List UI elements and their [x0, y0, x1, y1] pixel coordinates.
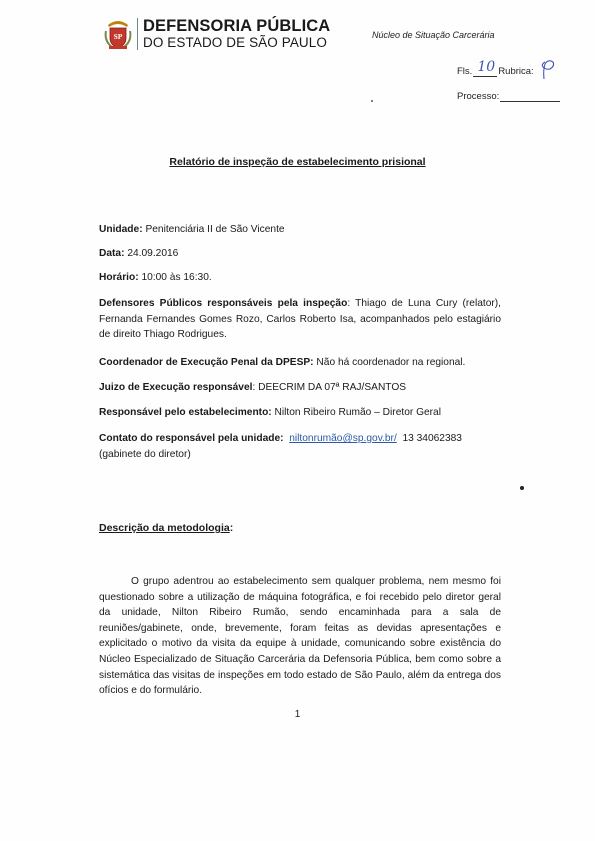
field-value: : DEECRIM DA 07ª RAJ/SANTOS — [252, 382, 406, 393]
svg-text:SP: SP — [114, 32, 123, 41]
page-number: 1 — [0, 709, 595, 720]
field-label: Coordenador de Execução Penal da DPESP: — [99, 357, 314, 368]
section-heading-colon: : — [230, 522, 234, 534]
field-data: Data: 24.09.2016 — [99, 246, 501, 262]
field-label: Horário: — [99, 272, 139, 283]
field-label: Contato do responsável pela unidade: — [99, 433, 284, 444]
phone-number: 13 34062383 — [402, 433, 462, 444]
rubrica-label: Rubrica: — [498, 66, 533, 77]
fls-handwritten-value: 10 — [477, 59, 495, 75]
field-coordenador: Coordenador de Execução Penal da DPESP: … — [99, 355, 501, 371]
org-name-line1: DEFENSORIA PÚBLICA — [143, 18, 330, 35]
rubrica-signature-icon — [536, 66, 558, 77]
field-label: Unidade: — [99, 224, 143, 235]
methodology-paragraph: O grupo adentrou ao estabelecimento sem … — [99, 574, 501, 699]
field-label: Data: — [99, 248, 124, 259]
section-heading: Descrição da metodologia: — [99, 522, 233, 534]
processo-label: Processo: — [457, 91, 499, 102]
field-value: Nilton Ribeiro Rumão – Diretor Geral — [275, 407, 441, 418]
field-contato: Contato do responsável pela unidade: nil… — [99, 431, 501, 462]
field-defensores: Defensores Públicos responsáveis pela in… — [99, 296, 501, 343]
fls-field: 10 — [473, 65, 497, 77]
field-juizo: Juizo de Execução responsável: DEECRIM D… — [99, 380, 501, 396]
org-name-line2: DO ESTADO DE SÃO PAULO — [143, 36, 330, 50]
folio-stamp: Fls. 10 Rubrica: — [457, 65, 558, 77]
contact-note: (gabinete do diretor) — [99, 449, 191, 460]
field-responsavel: Responsável pelo estabelecimento: Nilton… — [99, 405, 501, 421]
processo-field — [500, 91, 560, 102]
email-link[interactable]: niltonrumão@sp.gov.br/ — [289, 433, 397, 444]
field-label: Juizo de Execução responsável — [99, 382, 252, 393]
document-page: SP DEFENSORIA PÚBLICA DO ESTADO DE SÃO P… — [0, 0, 595, 841]
scan-speck — [371, 100, 373, 102]
field-horario: Horário: 10:00 às 16:30. — [99, 270, 501, 286]
processo-stamp: Processo: — [457, 91, 560, 102]
fls-label: Fls. — [457, 66, 472, 77]
field-value: 10:00 às 16:30. — [141, 272, 211, 283]
field-value: Penitenciária II de São Vicente — [145, 224, 284, 235]
field-value: Não há coordenador na regional. — [316, 357, 465, 368]
field-label: Responsável pelo estabelecimento: — [99, 407, 272, 418]
section-heading-text: Descrição da metodologia — [99, 522, 230, 534]
logo-divider — [137, 18, 138, 50]
document-title: Relatório de inspeção de estabelecimento… — [0, 156, 595, 168]
field-label: Defensores Públicos responsáveis pela in… — [99, 298, 347, 309]
field-value: 24.09.2016 — [127, 248, 178, 259]
scan-speck — [520, 486, 524, 490]
sp-crest-icon: SP — [104, 17, 132, 50]
department-label: Núcleo de Situação Carcerária — [372, 30, 495, 40]
org-logo: SP DEFENSORIA PÚBLICA DO ESTADO DE SÃO P… — [104, 17, 330, 50]
field-unidade: Unidade: Penitenciária II de São Vicente — [99, 222, 501, 238]
